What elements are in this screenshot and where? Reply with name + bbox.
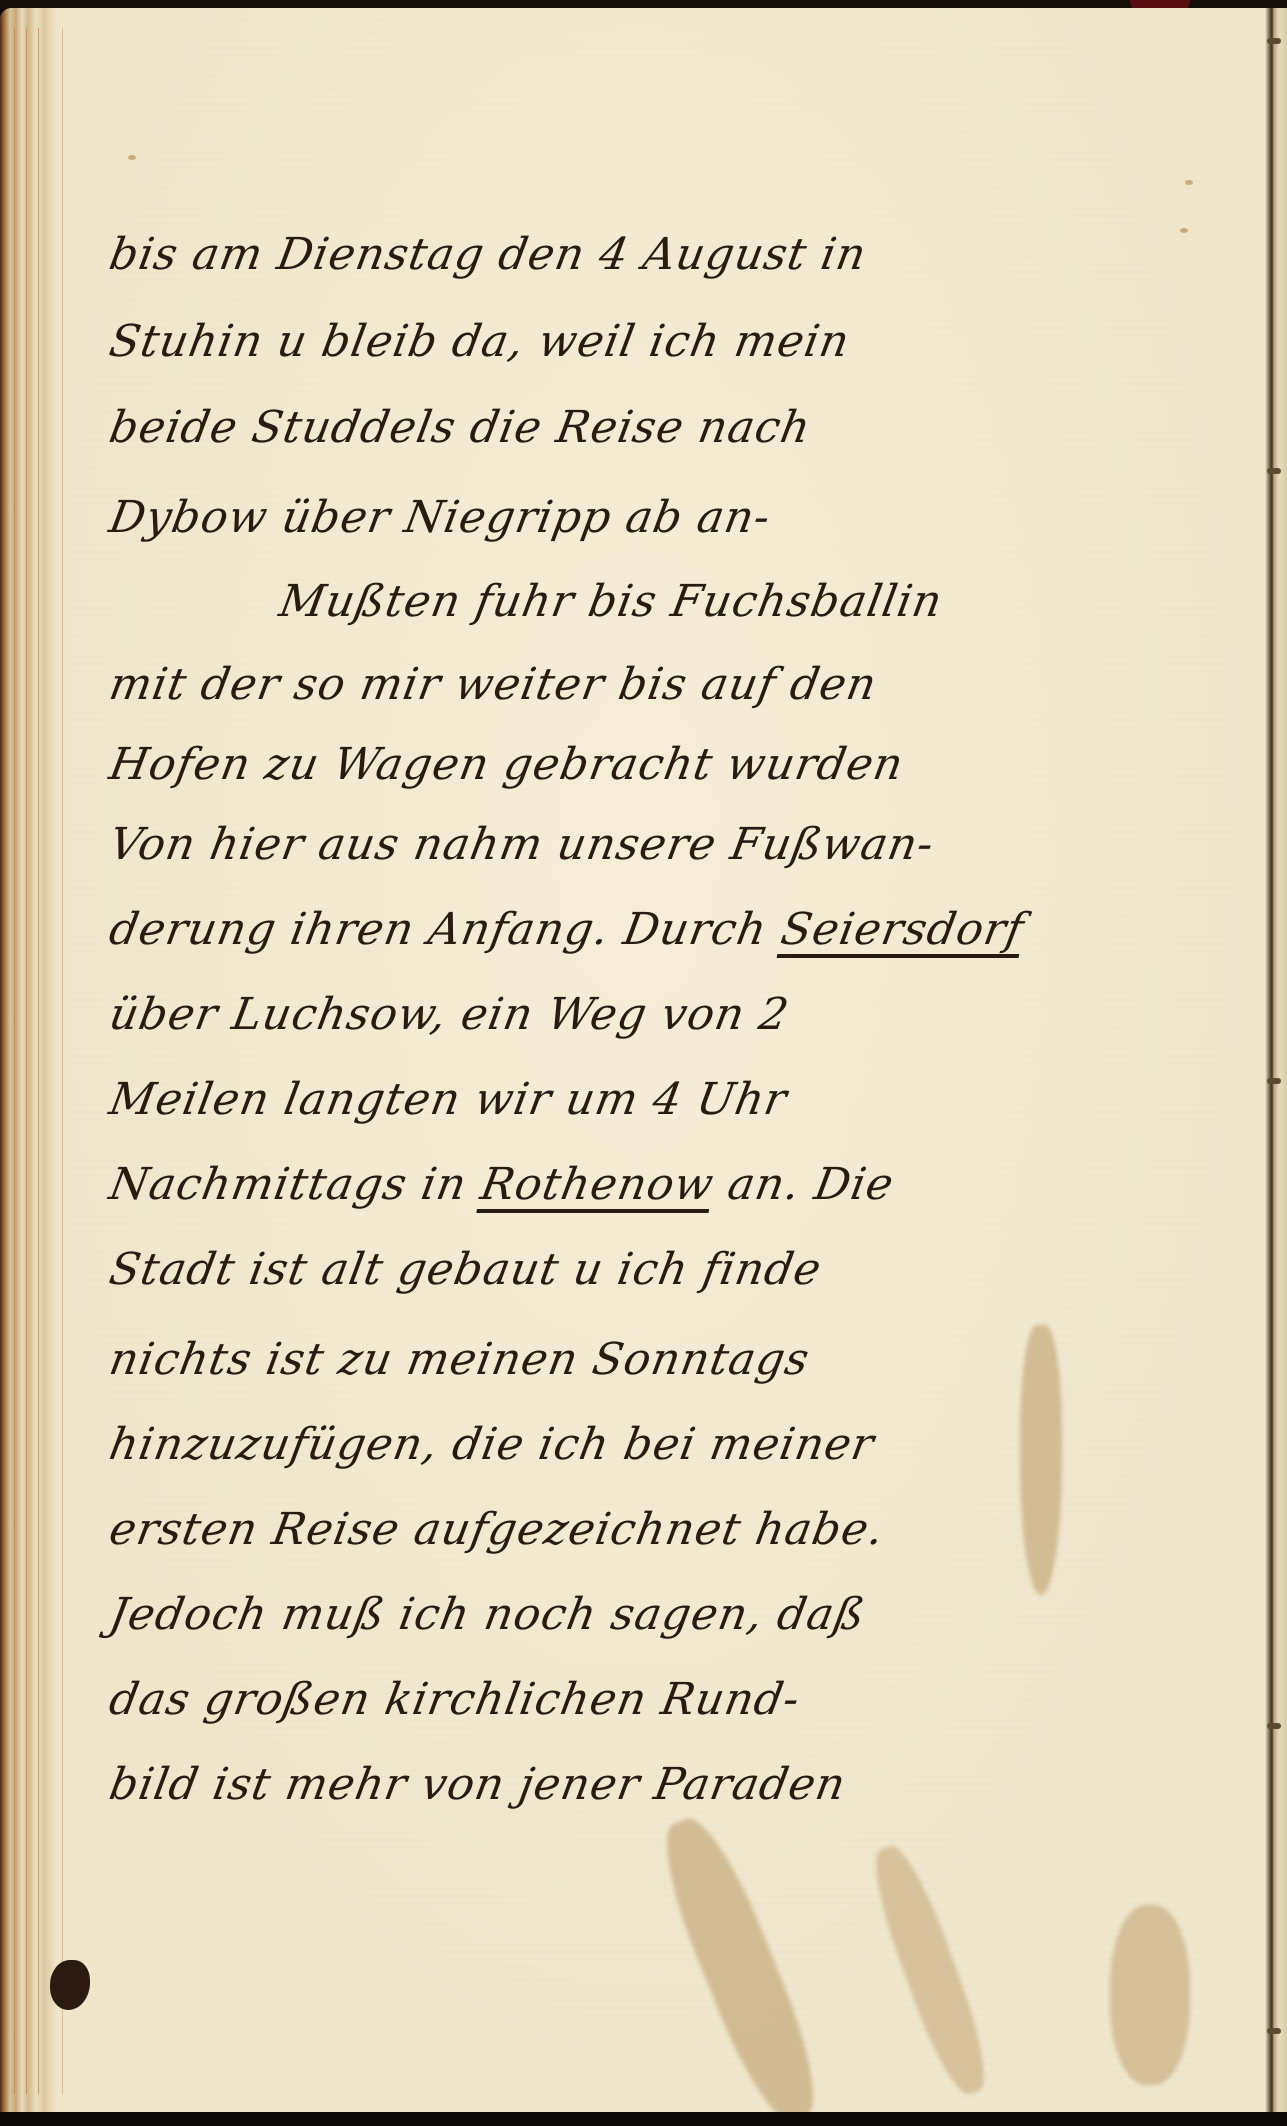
underlined-place-name: Seiersdorf [777,904,1028,955]
text-line: Mußten fuhr bis Fuchsballin [275,572,948,632]
text-line: Dybow über Niegripp ab an- [105,488,776,548]
text-line: ersten Reise aufgezeichnet habe. [105,1500,889,1560]
text-line: Nachmittags in Rothenow an. Die [105,1155,899,1215]
scan-bottom-border [0,2112,1287,2126]
text-line: das großen kirchlichen Rund- [105,1670,805,1730]
text-line: hinzuzufügen, die ich bei meiner [105,1415,879,1475]
text-line: bis am Dienstag den 4 August in [105,225,871,285]
text-line: derung ihren Anfang. Durch Seiersdorf [105,900,1029,960]
text-line: Jedoch muß ich noch sagen, daß [105,1585,870,1645]
text-line: Hofen zu Wagen gebracht wurden [105,735,909,795]
text-line: nichts ist zu meinen Sonntags [105,1330,815,1390]
text-line: bild ist mehr von jener Paraden [105,1755,851,1815]
text-line: Stadt ist alt gebaut u ich finde [105,1240,827,1300]
text-line: Stuhin u bleib da, weil ich mein [105,312,855,372]
text-line: Von hier aus nahm unsere Fußwan- [105,815,939,875]
text-line: beide Studdels die Reise nach [105,398,816,458]
handwritten-text: bis am Dienstag den 4 August in Stuhin u… [0,0,1287,2126]
text-line: Meilen langten wir um 4 Uhr [105,1070,792,1130]
underlined-place-name: Rothenow [477,1159,718,1210]
text-line: mit der so mir weiter bis auf den [105,655,882,715]
text-line: über Luchsow, ein Weg von 2 [105,985,794,1045]
